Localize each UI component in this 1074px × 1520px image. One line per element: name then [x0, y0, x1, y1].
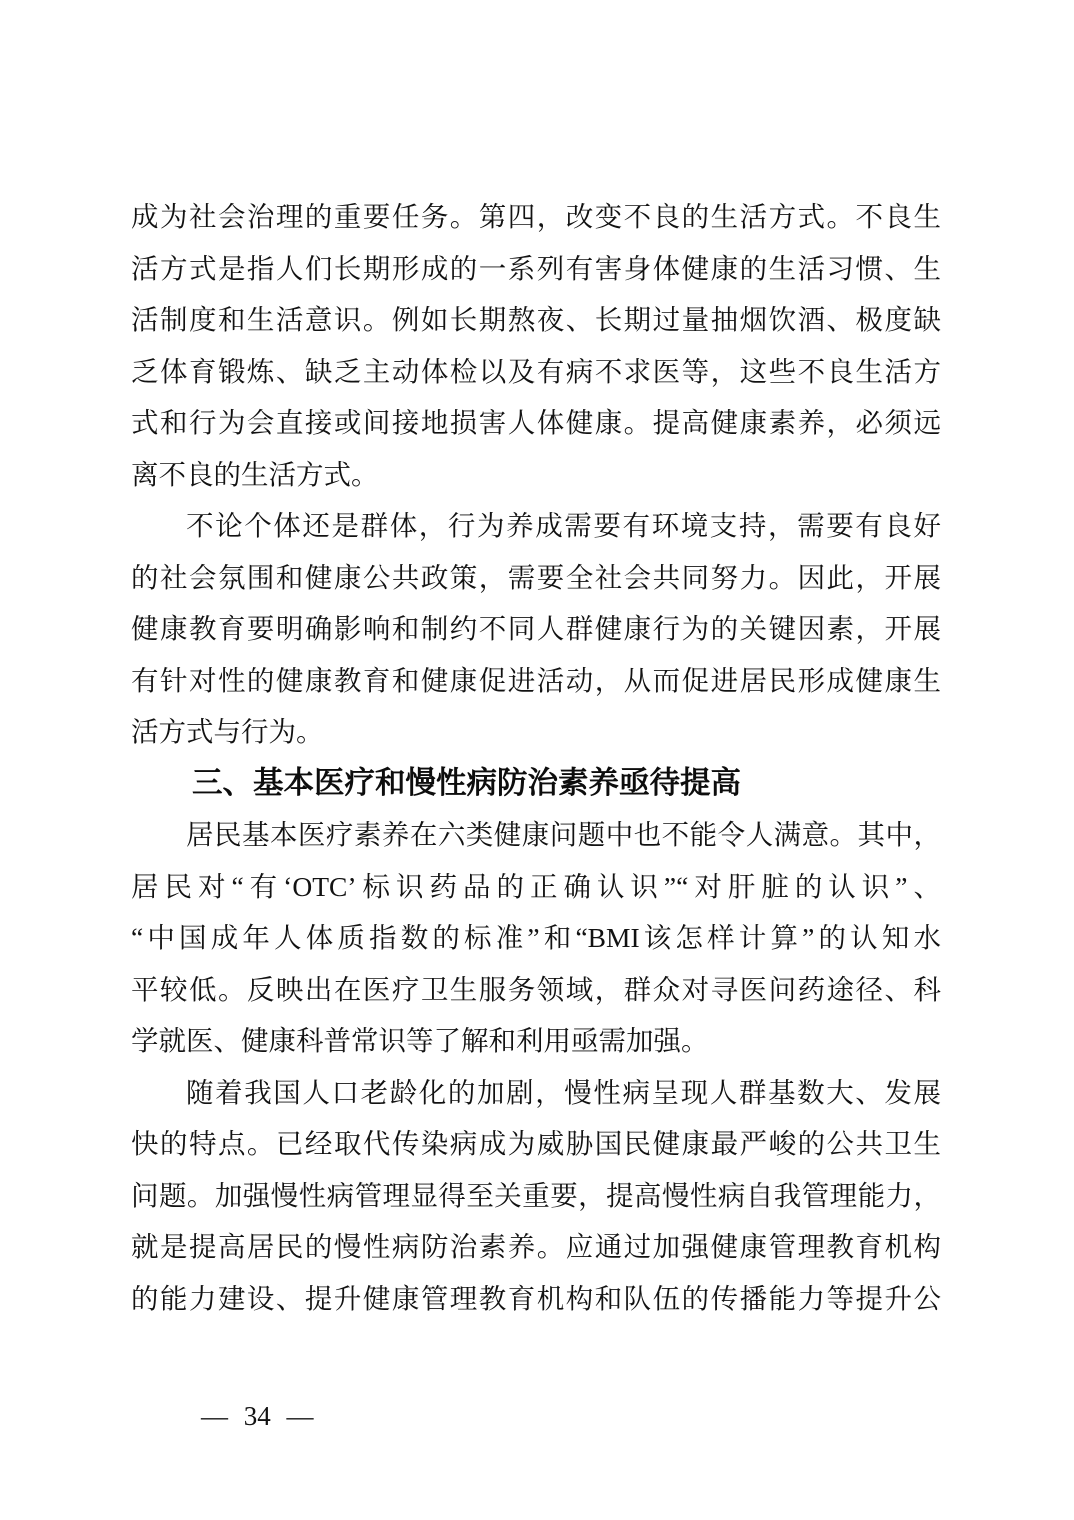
- page-number: — 34 —: [201, 1396, 314, 1436]
- text-line: 问题。加强慢性病管理显得至关重要，提高慢性病自我管理能力，: [131, 1170, 941, 1222]
- text-line: 活制度和生活意识。例如长期熬夜、长期过量抽烟饮酒、极度缺: [131, 294, 941, 346]
- section-heading: 三、基本医疗和慢性病防治素养亟待提高: [131, 758, 941, 810]
- text-line: 居民对“有‘OTC’标识药品的正确认识”“对肝脏的认识”、: [131, 861, 941, 913]
- text-line: 式和行为会直接或间接地损害人体健康。提高健康素养，必须远: [131, 397, 941, 449]
- text-line: 的社会氛围和健康公共政策，需要全社会共同努力。因此，开展: [131, 552, 941, 604]
- text-line: 平较低。反映出在医疗卫生服务领域，群众对寻医问药途径、科: [131, 964, 941, 1016]
- text-line: 有针对性的健康教育和健康促进活动，从而促进居民形成健康生: [131, 655, 941, 707]
- text-line: 不论个体还是群体，行为养成需要有环境支持，需要有良好: [131, 500, 941, 552]
- text-line: 活方式与行为。: [131, 706, 941, 758]
- text-line: 就是提高居民的慢性病防治素养。应通过加强健康管理教育机构: [131, 1221, 941, 1273]
- text-line: 离不良的生活方式。: [131, 449, 941, 501]
- text-block: 成为社会治理的重要任务。第四，改变不良的生活方式。不良生活方式是指人们长期形成的…: [131, 191, 941, 1324]
- text-line: 居民基本医疗素养在六类健康问题中也不能令人满意。其中，: [131, 809, 941, 861]
- text-line: 乏体育锻炼、缺乏主动体检以及有病不求医等，这些不良生活方: [131, 346, 941, 398]
- text-line: 随着我国人口老龄化的加剧，慢性病呈现人群基数大、发展: [131, 1067, 941, 1119]
- text-line: 成为社会治理的重要任务。第四，改变不良的生活方式。不良生: [131, 191, 941, 243]
- text-line: 健康教育要明确影响和制约不同人群健康行为的关键因素，开展: [131, 603, 941, 655]
- text-line: 快的特点。已经取代传染病成为威胁国民健康最严峻的公共卫生: [131, 1118, 941, 1170]
- document-page: 成为社会治理的重要任务。第四，改变不良的生活方式。不良生活方式是指人们长期形成的…: [0, 0, 1074, 1520]
- text-line: “中国成年人体质指数的标准”和“BMI该怎样计算”的认知水: [131, 912, 941, 964]
- text-line: 的能力建设、提升健康管理教育机构和队伍的传播能力等提升公: [131, 1273, 941, 1325]
- text-line: 活方式是指人们长期形成的一系列有害身体健康的生活习惯、生: [131, 243, 941, 295]
- text-line: 学就医、健康科普常识等了解和利用亟需加强。: [131, 1015, 941, 1067]
